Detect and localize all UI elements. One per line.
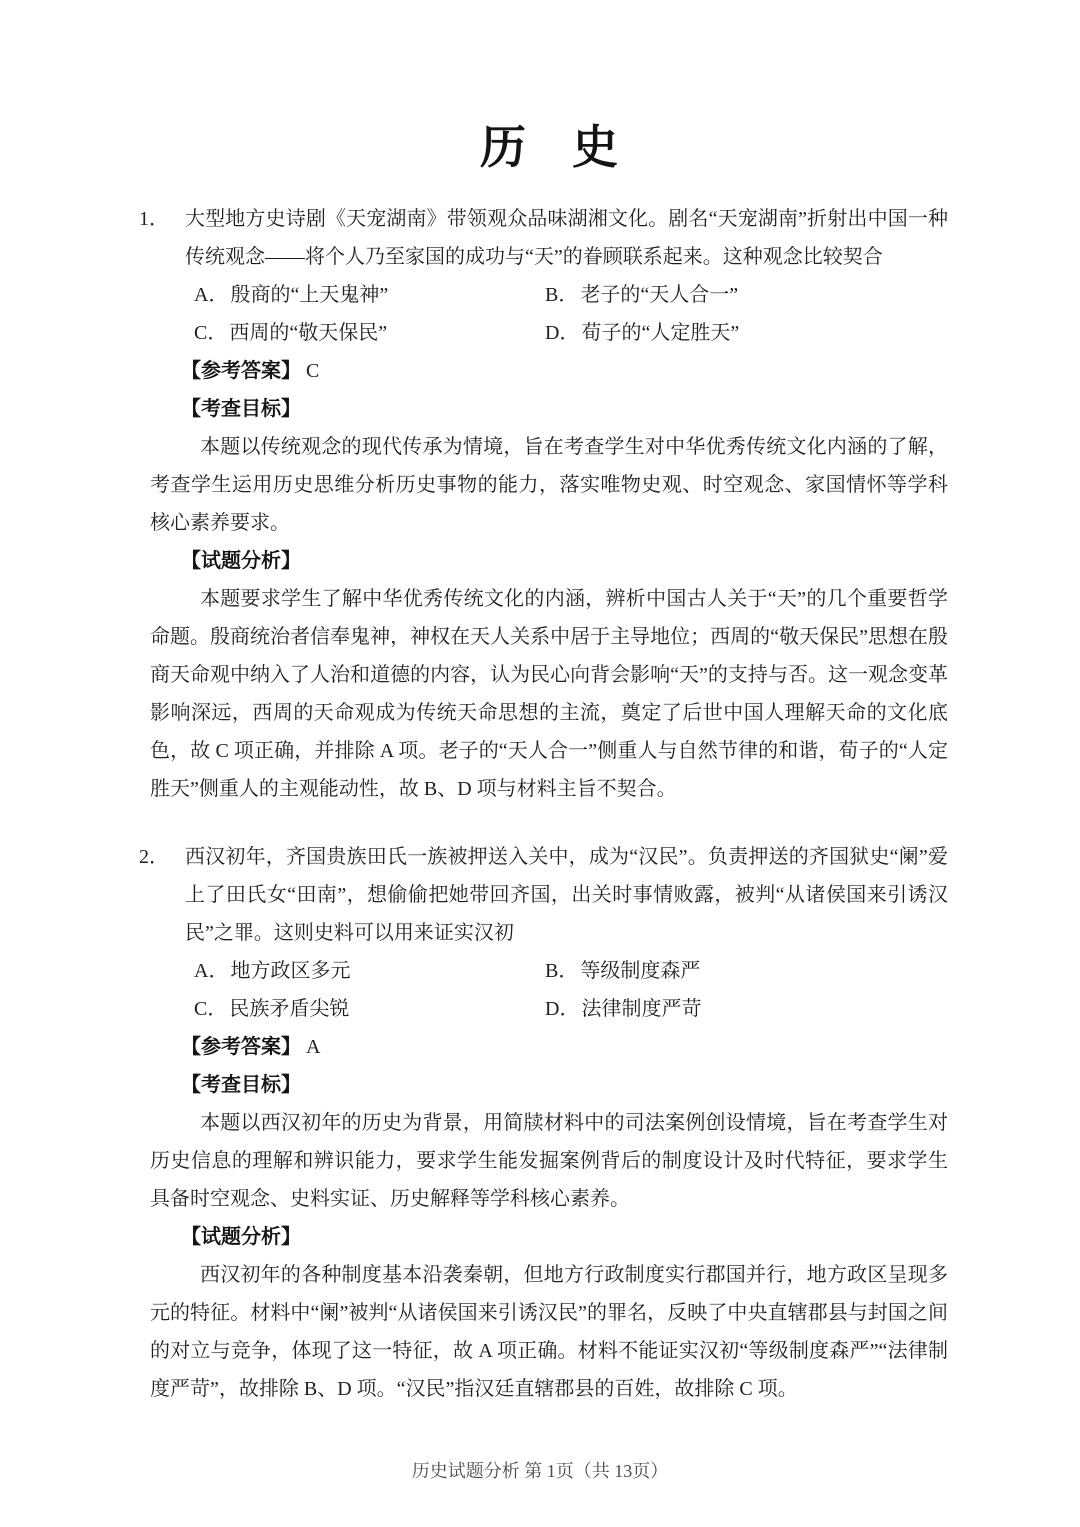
page-footer: 历史试题分析 第 1页（共 13页） <box>0 1459 1080 1483</box>
question-1-objective-paragraph: 本题以传统观念的现代传承为情境，旨在考查学生对中华优秀传统文化内涵的了解，考查学… <box>150 428 948 542</box>
question-1-stem-text: 大型地方史诗剧《天宠湖南》带领观众品味湖湘文化。剧名“天宠湖南”折射出中国一种传… <box>185 208 948 268</box>
question-2-analysis-heading: 【试题分析】 <box>150 1218 948 1256</box>
objective-heading-label: 【考查目标】 <box>181 398 301 420</box>
reference-answer-label: 【参考答案】 <box>181 360 301 382</box>
option-a-text: 殷商的“上天鬼神” <box>230 284 388 306</box>
question-2-stem: 2．西汉初年，齐国贵族田氏一族被押送入关中，成为“汉民”。负责押送的齐国狱史“阑… <box>150 838 948 952</box>
options-row: A．地方政区多元 B．等级制度森严 <box>194 952 948 990</box>
question-1-objective-heading: 【考查目标】 <box>150 390 948 428</box>
option-a: A．殷商的“上天鬼神” <box>194 276 545 314</box>
question-2-analysis-paragraph: 西汉初年的各种制度基本沿袭秦朝，但地方行政制度实行郡国并行，地方政区呈现多元的特… <box>150 1256 948 1408</box>
question-2-number: 2． <box>139 838 169 876</box>
question-1-stem: 1．大型地方史诗剧《天宠湖南》带领观众品味湖湘文化。剧名“天宠湖南”折射出中国一… <box>150 200 948 276</box>
option-d-text: 荀子的“人定胜天” <box>581 322 739 344</box>
option-b: B．等级制度森严 <box>545 952 700 990</box>
option-b-label: B． <box>545 284 578 306</box>
option-a-label: A． <box>194 960 228 982</box>
option-a-text: 地方政区多元 <box>230 960 350 982</box>
question-2-reference-answer: 【参考答案】A <box>150 1028 948 1066</box>
question-1-reference-answer: 【参考答案】C <box>150 352 948 390</box>
option-b-label: B． <box>545 960 578 982</box>
question-2-options: A．地方政区多元 B．等级制度森严 C．民族矛盾尖锐 D．法律制度严苛 <box>150 952 948 1028</box>
reference-answer-value: C <box>306 360 319 382</box>
options-row: C．西周的“敬天保民” D．荀子的“人定胜天” <box>194 314 948 352</box>
option-b-text: 老子的“天人合一” <box>580 284 738 306</box>
option-c: C．西周的“敬天保民” <box>194 314 545 352</box>
options-row: C．民族矛盾尖锐 D．法律制度严苛 <box>194 990 948 1028</box>
reference-answer-value: A <box>306 1036 320 1058</box>
question-2-objective-heading: 【考查目标】 <box>150 1066 948 1104</box>
reference-answer-label: 【参考答案】 <box>181 1036 301 1058</box>
objective-heading-label: 【考查目标】 <box>181 1074 301 1096</box>
question-1-analysis-heading: 【试题分析】 <box>150 542 948 580</box>
question-2-objective-paragraph: 本题以西汉初年的历史为背景，用简牍材料中的司法案例创设情境，旨在考查学生对历史信… <box>150 1104 948 1218</box>
option-b-text: 等级制度森严 <box>580 960 700 982</box>
exam-analysis-page: 历 史 1．大型地方史诗剧《天宠湖南》带领观众品味湖湘文化。剧名“天宠湖南”折射… <box>0 0 1080 1527</box>
question-1-number: 1． <box>139 200 169 238</box>
page-title: 历 史 <box>150 0 948 176</box>
question-block-1: 1．大型地方史诗剧《天宠湖南》带领观众品味湖湘文化。剧名“天宠湖南”折射出中国一… <box>150 200 948 808</box>
question-1-analysis-paragraph: 本题要求学生了解中华优秀传统文化的内涵，辨析中国古人关于“天”的几个重要哲学命题… <box>150 580 948 808</box>
option-c: C．民族矛盾尖锐 <box>194 990 545 1028</box>
analysis-heading-label: 【试题分析】 <box>181 550 301 572</box>
option-d-label: D． <box>545 322 579 344</box>
question-block-2: 2．西汉初年，齐国贵族田氏一族被押送入关中，成为“汉民”。负责押送的齐国狱史“阑… <box>150 838 948 1408</box>
option-d: D．荀子的“人定胜天” <box>545 314 739 352</box>
option-c-label: C． <box>194 322 227 344</box>
option-c-label: C． <box>194 998 227 1020</box>
option-a-label: A． <box>194 284 228 306</box>
option-d-label: D． <box>545 998 579 1020</box>
option-b: B．老子的“天人合一” <box>545 276 738 314</box>
question-1-options: A．殷商的“上天鬼神” B．老子的“天人合一” C．西周的“敬天保民” D．荀子… <box>150 276 948 352</box>
options-row: A．殷商的“上天鬼神” B．老子的“天人合一” <box>194 276 948 314</box>
analysis-heading-label: 【试题分析】 <box>181 1226 301 1248</box>
option-c-text: 民族矛盾尖锐 <box>229 998 349 1020</box>
option-d: D．法律制度严苛 <box>545 990 701 1028</box>
option-c-text: 西周的“敬天保民” <box>229 322 387 344</box>
question-2-stem-text: 西汉初年，齐国贵族田氏一族被押送入关中，成为“汉民”。负责押送的齐国狱史“阑”爱… <box>185 846 948 944</box>
option-d-text: 法律制度严苛 <box>581 998 701 1020</box>
option-a: A．地方政区多元 <box>194 952 545 990</box>
